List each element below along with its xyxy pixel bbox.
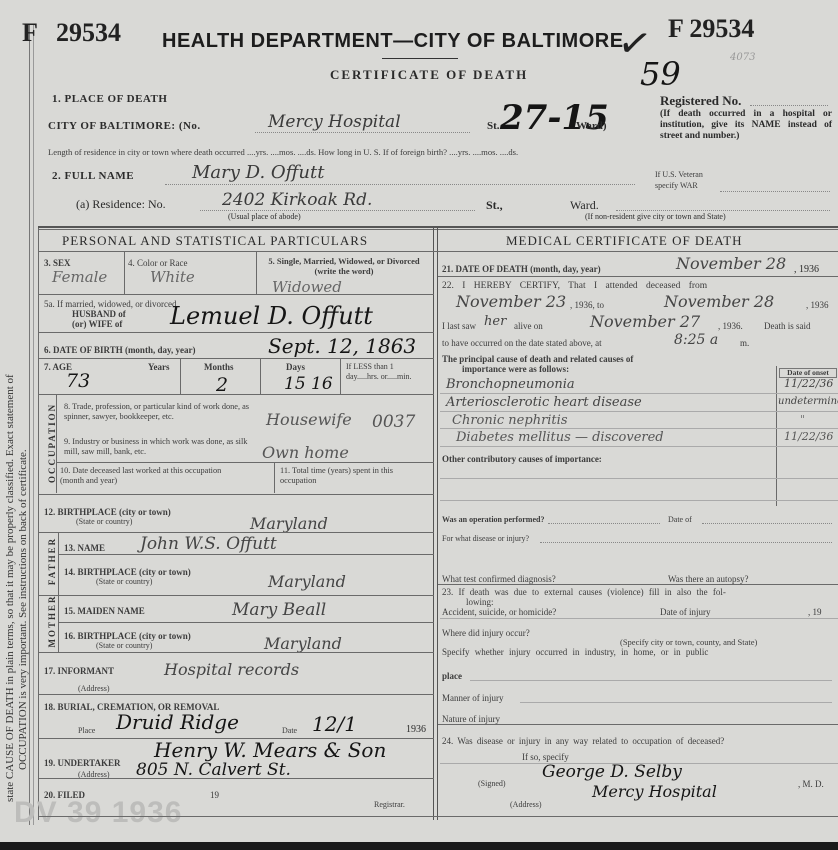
rule [440,446,838,447]
certificate-paper: state CAUSE OF DEATH in plain terms, so … [0,0,838,842]
sex-value[interactable]: Female [52,268,107,286]
margin-rule [29,25,30,825]
spouse-label-1: 5a. If married, widowed, or divorced [44,299,176,309]
occ8-value[interactable]: Housewife [266,410,352,429]
father-name-value[interactable]: John W.S. Offutt [140,534,277,554]
other-causes-label: Other contributory causes of importance: [442,454,602,464]
rule [440,478,838,479]
attended-from-year: , 1936, to [570,300,604,310]
full-name-label: 2. FULL NAME [52,170,134,182]
registered-no-field[interactable] [750,105,828,106]
dod-year: , 1936 [794,264,819,275]
operation-label: Was an operation performed? [442,515,544,524]
nature-label: Nature of injury [442,714,500,724]
st-label: St. [487,120,500,132]
alive-on-label: alive on [514,321,543,331]
birthplace-sub-label: (State or country) [76,517,132,526]
occ-code: 0037 [372,412,415,432]
autopsy-label: Was there an autopsy? [668,574,749,584]
residence-ward-label: Ward. [570,198,599,213]
last-saw-year: , 1936. [718,321,743,331]
war-field[interactable] [720,191,830,192]
rule [440,428,838,429]
cert-number: 29534 [56,18,121,48]
age-years-value[interactable]: 73 [66,370,90,392]
cause-label-1: The principal cause of death and related… [442,354,633,364]
where-label: Where did injury occur? [442,628,530,638]
onset-2[interactable]: undetermined [778,396,838,407]
informant-value[interactable]: Hospital records [164,660,299,679]
rule [520,702,832,703]
injury-19: , 19 [808,607,822,617]
father-birthplace-label: 14. BIRTHPLACE (city or town) [64,567,191,577]
full-name-line [165,184,635,185]
father-birthplace-value[interactable]: Maryland [268,572,346,591]
birthplace-value[interactable]: Maryland [250,514,328,533]
mother-birthplace-value[interactable]: Maryland [264,634,342,653]
last-saw-date[interactable]: November 27 [590,312,700,331]
accident-label: Accident, suicide, or homicide? [442,607,556,617]
residence-st-label: St., [486,198,503,213]
residence-value[interactable]: 2402 Kirkoak Rd. [222,190,372,210]
related-label: 24. Was disease or injury in any way rel… [442,736,724,746]
margin-note-small: 4073 [730,52,755,63]
burial-date-value[interactable]: 12/1 [312,712,357,736]
cause-label-2: importance were as follows: [462,364,569,374]
mother-vertical-label: MOTHER [47,591,57,651]
color-label: 4. Color or Race [128,258,187,268]
occ9-label: 9. Industry or business in which work wa… [64,437,264,457]
occ10-label: 10. Date deceased last worked at this oc… [60,466,240,486]
cell-divider [340,359,341,394]
cell-divider [274,463,275,493]
usual-abode-label: (Usual place of abode) [228,212,301,221]
spouse-label-3: (or) WIFE of [72,319,122,329]
injury-date-label: Date of injury [660,607,710,617]
external-label-1: 23. If death was due to external causes … [442,587,726,597]
attended-from-value[interactable]: November 23 [456,292,566,311]
residence-line [200,210,475,211]
time-suffix: m. [740,338,749,348]
days-label: Days [286,362,305,372]
rule [440,618,838,619]
rule [438,584,838,585]
ifso-label: If so, specify [522,752,569,762]
war-label: specify WAR [655,181,698,190]
rule [438,276,838,277]
cert-prefix: F [22,18,38,48]
rule [58,622,434,623]
rule [38,332,434,333]
column-divider [433,228,434,820]
birthplace-label: 12. BIRTHPLACE (city or town) [44,507,171,517]
age-days-value[interactable]: 15 16 [284,374,333,394]
informant-address-label: (Address) [78,684,110,693]
rule [38,652,434,653]
rule [38,532,434,533]
rule [38,229,838,230]
rule [470,680,832,681]
cell-divider [124,252,125,294]
residence-label: (a) Residence: No. [76,197,166,212]
left-border [38,228,39,820]
spouse-label-2: HUSBAND of [72,309,126,319]
rule [38,778,434,779]
veteran-label: If U.S. Veteran [655,170,703,179]
rule [38,294,434,295]
manner-label: Manner of injury [442,693,503,703]
cell-divider [58,533,59,595]
test-label: What test confirmed diagnosis? [442,574,556,584]
father-name-label: 13. NAME [64,543,105,553]
cause-3[interactable]: Chronic nephritis [452,413,568,428]
place-value[interactable]: Mercy Hospital [268,112,401,132]
md-label: , M. D. [798,779,824,789]
ward-label: Ward) [576,120,607,132]
rule [438,724,838,725]
father-birthplace-sub: (State or country) [96,577,152,586]
attended-to-year: , 1936 [806,300,829,310]
disease-label: For what disease or injury? [442,534,529,543]
occ8-label: 8. Trade, profession, or particular kind… [64,402,264,422]
last-saw-label: I last saw [442,321,476,331]
cell-divider [256,252,257,294]
rule [38,226,838,228]
rule [38,358,434,359]
personal-section-title: PERSONAL AND STATISTICAL PARTICULARS [62,233,368,249]
registrar-label: Registrar. [374,800,405,809]
registered-note: (If death occurred in a hospital or inst… [660,109,832,142]
marital-label: 5. Single, Married, Widowed, or Divorced… [260,256,428,276]
filing-stamp: DV 39 1936 [14,796,182,830]
cause-2[interactable]: Arteriosclerotic heart disease [446,395,642,410]
cell-divider [260,359,261,394]
ward-value[interactable]: 27-15 [500,98,609,138]
undertaker-value[interactable]: Henry W. Mears & Son [154,738,386,762]
onset-4[interactable]: 11/22/36 [784,430,833,443]
age-months-value[interactable]: 2 [216,374,228,396]
occ9-value[interactable]: Own home [262,443,349,462]
mother-name-label: 15. MAIDEN NAME [64,606,145,616]
time-value[interactable]: 8:25 a [674,332,718,348]
months-label: Months [204,362,234,372]
rule [440,500,838,501]
onset-3[interactable]: " [800,413,805,426]
spouse-value[interactable]: Lemuel D. Offutt [170,302,373,330]
sidebar-instruction-line2: OCCUPATION is very important. See instru… [17,30,29,770]
cause-1[interactable]: Bronchopneumonia [446,377,575,392]
mother-name-value[interactable]: Mary Beall [232,600,326,620]
rule [38,816,838,817]
registered-no-label: Registered No. [660,93,741,109]
last-saw-pronoun[interactable]: her [484,314,506,329]
rule [38,494,434,495]
external-label-2: lowing: [466,597,494,607]
cause-4[interactable]: Diabetes mellitus — discovered [456,430,664,445]
residence-length-label: Length of residence in city or town wher… [48,147,518,157]
rule [440,393,838,394]
dob-label: 6. DATE OF BIRTH (month, day, year) [44,345,195,355]
death-said-label: Death is said [764,321,811,331]
document-subtitle: CERTIFICATE OF DEATH [330,67,528,83]
residence-ward-field[interactable] [616,210,830,211]
op-date-field[interactable] [702,523,832,524]
father-vertical-label: FATHER [47,531,57,591]
mother-birthplace-sub: (State or country) [96,641,152,650]
signed-label: (Signed) [478,779,506,788]
dod-label: 21. DATE OF DEATH (month, day, year) [442,264,601,274]
attended-to-value[interactable]: November 28 [664,292,774,311]
cell-divider [180,359,181,394]
undertaker-label: 19. UNDERTAKER [44,758,121,768]
years-label: Years [148,362,170,372]
occurred-label: to have occurred on the date stated abov… [442,338,602,348]
column-divider [437,228,438,820]
cert-number-right: F 29534 [668,14,754,44]
operation-field[interactable] [548,523,660,524]
cell-divider [58,596,59,652]
color-value[interactable]: White [150,268,195,286]
dob-value[interactable]: Sept. 12, 1863 [268,334,416,358]
burial-place-value[interactable]: Druid Ridge [116,710,239,734]
full-name-value[interactable]: Mary D. Offutt [192,162,324,183]
sidebar-instruction-line1: state CAUSE OF DEATH in plain terms, so … [4,22,16,802]
onset-column-divider [776,366,777,506]
address-value[interactable]: Mercy Hospital [592,782,717,801]
burial-place-label: Place [78,726,95,735]
onset-1[interactable]: 11/22/36 [784,377,833,390]
undertaker-address-value[interactable]: 805 N. Calvert St. [136,760,291,780]
margin-rule [33,25,34,825]
burial-year: 1936 [406,724,426,735]
place-field-line [255,132,470,133]
occ11-label: 11. Total time (years) spent in this occ… [280,466,400,486]
medical-section-title: MEDICAL CERTIFICATE OF DEATH [506,233,743,249]
place-of-death-label: 1. PLACE OF DEATH [52,93,167,105]
rule [56,462,434,463]
rule [38,595,434,596]
place-label: place [442,671,462,681]
nonresident-label: (If non-resident give city or town and S… [585,212,726,221]
burial-date-label: Date [282,726,297,735]
occupation-vertical-label: OCCUPATION [47,403,57,483]
less-than-label: If LESS than 1 day.....hrs. or.....min. [346,362,428,382]
rule [38,251,838,252]
title-underline [382,58,458,59]
rule [38,394,434,395]
mother-birthplace-label: 16. BIRTHPLACE (city or town) [64,631,191,641]
where-sub-label: (Specify city or town, county, and State… [620,637,757,647]
specify-label: Specify whether injury occurred in indus… [442,647,708,657]
signed-value[interactable]: George D. Selby [542,762,682,782]
city-label: CITY OF BALTIMORE: (No. [48,120,201,132]
filed-19: 19 [210,790,219,800]
sex-label: 3. SEX [44,258,71,268]
informant-label: 17. INFORMANT [44,666,114,676]
op-date-label: Date of [668,515,692,524]
document-title: HEALTH DEPARTMENT—CITY OF BALTIMORE [162,30,624,53]
rule [38,694,434,695]
rule [440,411,838,412]
address-label: (Address) [510,800,542,809]
certify-label: 22. I HEREBY CERTIFY, That I attended de… [442,281,707,291]
dod-value[interactable]: November 28 [676,254,786,273]
disease-field[interactable] [540,542,832,543]
rule [58,554,434,555]
